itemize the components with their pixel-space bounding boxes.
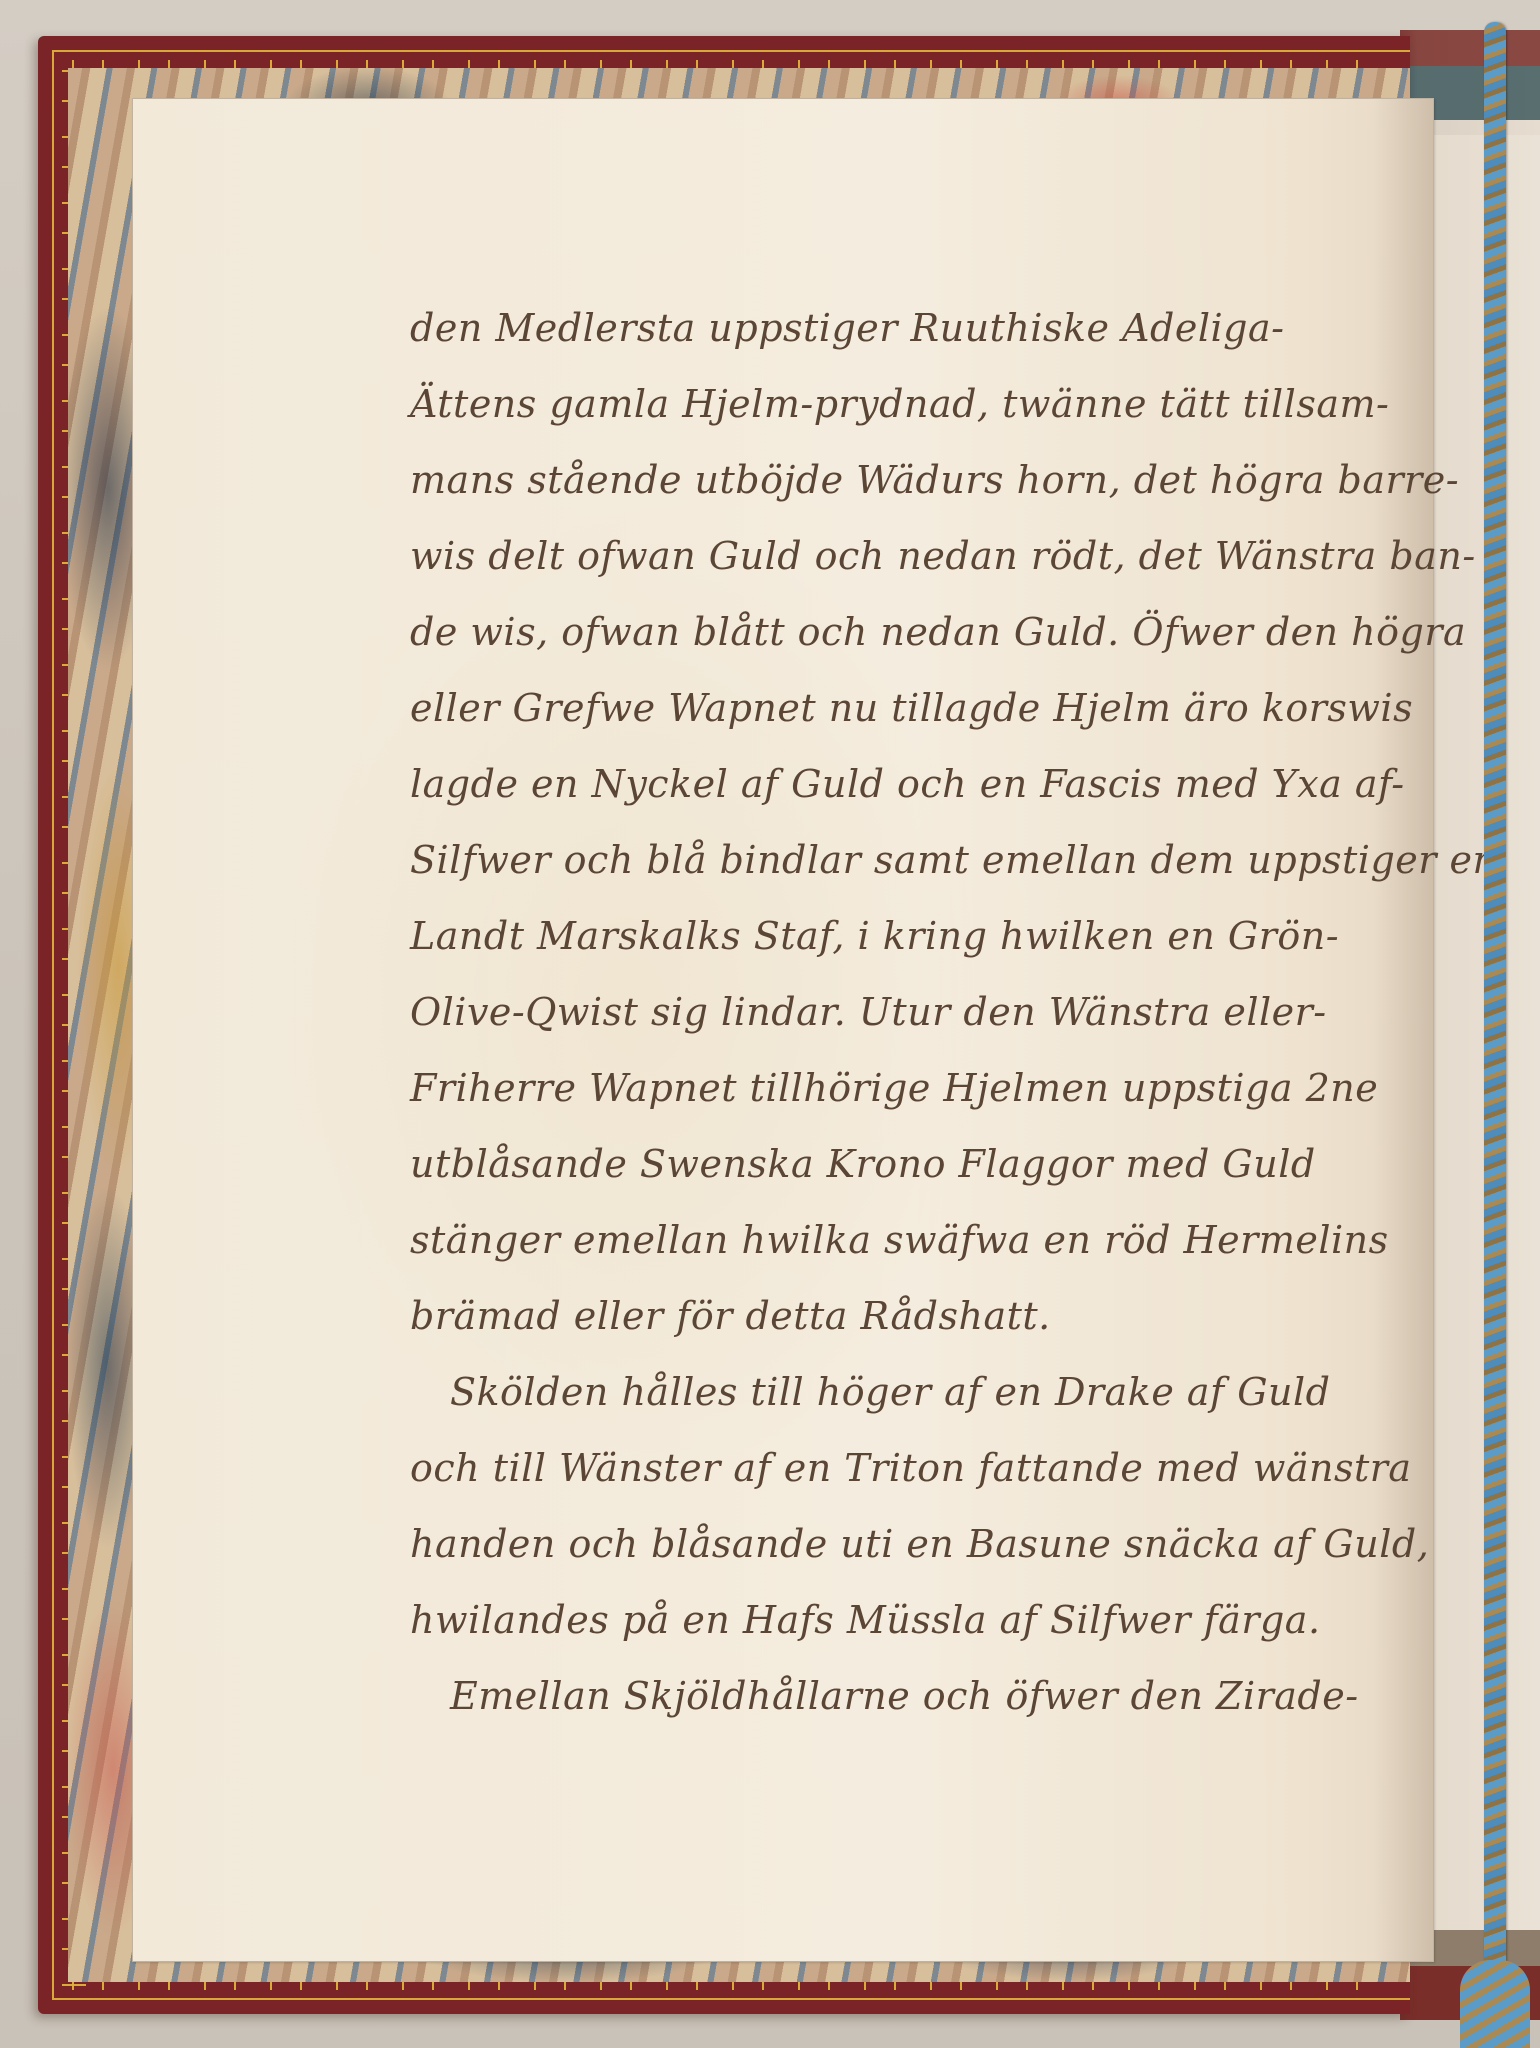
text-line-14: brämad eller för detta Rådshatt. <box>410 1278 1400 1354</box>
text-line-11: Friherre Wapnet tillhörige Hjelmen uppst… <box>410 1050 1400 1126</box>
line-text: eller Grefwe Wapnet nu tillagde Hjelm är… <box>410 686 1413 730</box>
text-line-16: och till Wänster af en Triton fattande m… <box>410 1430 1400 1506</box>
text-line-8: Silfwer och blå bindlar samt emellan dem… <box>410 822 1400 898</box>
adjacent-leaf-paper <box>1416 135 1540 1930</box>
gold-rule-top <box>52 50 1410 52</box>
text-line-18: hwilandes på en Hafs Müssla af Silfwer f… <box>410 1582 1400 1658</box>
line-text: och till Wänster af en Triton fattande m… <box>410 1446 1412 1490</box>
line-text: Skölden hålles till höger af en Drake af… <box>450 1370 1331 1414</box>
gold-rule-bottom <box>52 1998 1410 2000</box>
line-text: utblåsande Swenska Krono Flaggor med Gul… <box>410 1142 1316 1186</box>
text-line-10: Olive-Qwist sig lindar. Utur den Wänstra… <box>410 974 1400 1050</box>
silk-binding-cord <box>1484 22 1506 2012</box>
line-text: Landt Marskalks Staf, i kring hwilken en… <box>410 914 1339 958</box>
text-line-17: handen och blåsande uti en Basune snäcka… <box>410 1506 1400 1582</box>
text-line-15: Skölden hålles till höger af en Drake af… <box>410 1354 1400 1430</box>
text-line-13: stänger emellan hwilka swäfwa en röd Her… <box>410 1202 1400 1278</box>
text-line-5: de wis, ofwan blått och nedan Guld. Öfwe… <box>410 594 1400 670</box>
line-text: mans stående utböjde Wädurs horn, det hö… <box>410 458 1459 502</box>
text-line-7: lagde en Nyckel af Guld och en Fascis me… <box>410 746 1400 822</box>
text-line-6: eller Grefwe Wapnet nu tillagde Hjelm är… <box>410 670 1400 746</box>
line-text: brämad eller för detta Rådshatt. <box>410 1294 1051 1338</box>
text-line-19: Emellan Skjöldhållarne och öfwer den Zir… <box>410 1658 1400 1734</box>
gold-rule-left <box>52 50 54 2000</box>
text-line-2: Ättens gamla Hjelm-prydnad, twänne tätt … <box>410 366 1400 442</box>
line-text: Emellan Skjöldhållarne och öfwer den Zir… <box>450 1674 1359 1718</box>
line-text: handen och blåsande uti en Basune snäcka… <box>410 1522 1429 1566</box>
line-text: Olive-Qwist sig lindar. Utur den Wänstra… <box>410 990 1327 1034</box>
line-text: Friherre Wapnet tillhörige Hjelmen uppst… <box>410 1066 1378 1110</box>
line-text: lagde en Nyckel af Guld och en Fascis me… <box>410 762 1405 806</box>
line-text: stänger emellan hwilka swäfwa en röd Her… <box>410 1218 1389 1262</box>
line-text: wis delt ofwan Guld och nedan rödt, det … <box>410 534 1476 578</box>
line-text: den Medlersta uppstiger Ruuthiske Adelig… <box>410 306 1284 350</box>
cord-knot <box>1460 1960 1530 2048</box>
text-line-12: utblåsande Swenska Krono Flaggor med Gul… <box>410 1126 1400 1202</box>
text-line-3: mans stående utböjde Wädurs horn, det hö… <box>410 442 1400 518</box>
manuscript-text: den Medlersta uppstiger Ruuthiske Adelig… <box>410 290 1400 1734</box>
line-text: Ättens gamla Hjelm-prydnad, twänne tätt … <box>410 382 1389 426</box>
line-text: hwilandes på en Hafs Müssla af Silfwer f… <box>410 1598 1321 1642</box>
line-text: Silfwer och blå bindlar samt emellan dem… <box>410 838 1497 882</box>
text-line-1: den Medlersta uppstiger Ruuthiske Adelig… <box>410 290 1400 366</box>
line-text: de wis, ofwan blått och nedan Guld. Öfwe… <box>410 610 1466 654</box>
text-line-9: Landt Marskalks Staf, i kring hwilken en… <box>410 898 1400 974</box>
text-line-4: wis delt ofwan Guld och nedan rödt, det … <box>410 518 1400 594</box>
